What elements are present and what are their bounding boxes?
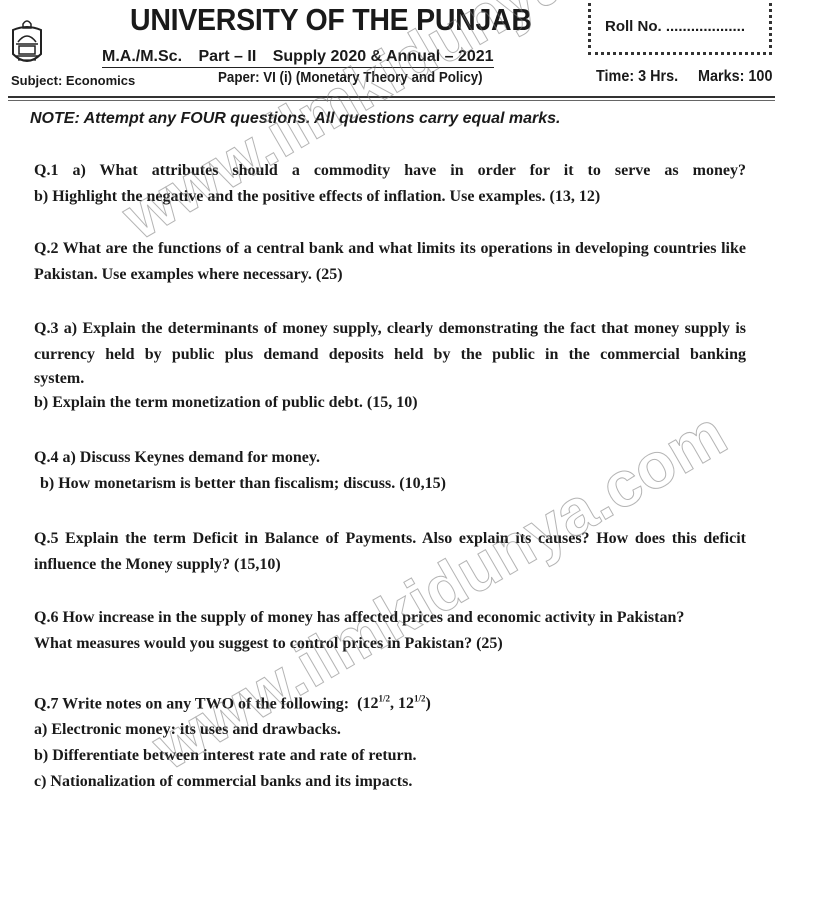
question-2: Q.2 What are the functions of a central … bbox=[34, 236, 746, 288]
question-line: c) Nationalization of commercial banks a… bbox=[34, 769, 746, 795]
time-allowed: Time: 3 Hrs. bbox=[596, 68, 678, 86]
question-1: Q.1 a) What attributes should a commodit… bbox=[34, 158, 746, 210]
roll-number-box[interactable]: Roll No. ................... bbox=[588, 0, 772, 55]
subject-label: Subject: Economics bbox=[11, 73, 135, 88]
question-line: b) How monetarism is better than fiscali… bbox=[34, 471, 746, 497]
question-heading-text: Q.7 Write notes on any TWO of the follow… bbox=[34, 695, 349, 712]
question-line: Q.4 a) Discuss Keynes demand for money. bbox=[34, 445, 746, 471]
question-line: Q.2 What are the functions of a central … bbox=[34, 236, 746, 262]
question-7: Q.7 Write notes on any TWO of the follow… bbox=[34, 686, 746, 795]
question-line: a) Electronic money: its uses and drawba… bbox=[34, 717, 746, 743]
question-line: Q.6 How increase in the supply of money … bbox=[34, 605, 746, 631]
question-line: What measures would you suggest to contr… bbox=[34, 631, 746, 657]
question-line: b) Explain the term monetization of publ… bbox=[34, 390, 746, 416]
question-3: Q.3 a) Explain the determinants of money… bbox=[34, 316, 746, 416]
question-6: Q.6 How increase in the supply of money … bbox=[34, 605, 746, 657]
question-line: Q.3 a) Explain the determinants of money… bbox=[34, 316, 746, 342]
header-divider bbox=[8, 96, 775, 98]
question-line: b) Highlight the negative and the positi… bbox=[34, 184, 746, 210]
question-5: Q.5 Explain the term Deficit in Balance … bbox=[34, 526, 746, 578]
question-4: Q.4 a) Discuss Keynes demand for money. … bbox=[34, 445, 746, 497]
part: Part – II bbox=[198, 48, 256, 65]
degree: M.A./M.Sc. bbox=[102, 48, 182, 65]
paper-label: Paper: VI (i) (Monetary Theory and Polic… bbox=[218, 70, 483, 86]
question-line: Pakistan. Use examples where necessary. … bbox=[34, 262, 746, 288]
question-line: b) Differentiate between interest rate a… bbox=[34, 743, 746, 769]
exam-subtitle: M.A./M.Sc. Part – II Supply 2020 & Annua… bbox=[102, 48, 494, 68]
university-title: UNIVERSITY OF THE PUNJAB bbox=[130, 2, 532, 38]
header-divider-thin bbox=[8, 100, 775, 101]
question-line: currency held by public plus demand depo… bbox=[34, 342, 746, 368]
instructions-note: NOTE: Attempt any FOUR questions. All qu… bbox=[30, 110, 560, 128]
total-marks: Marks: 100 bbox=[698, 68, 772, 86]
roll-number-label: Roll No. ................... bbox=[605, 18, 745, 35]
university-crest-icon bbox=[8, 18, 46, 68]
question-line: system. bbox=[34, 368, 746, 390]
question-line: Q.5 Explain the term Deficit in Balance … bbox=[34, 526, 746, 552]
question-line: influence the Money supply? (15,10) bbox=[34, 552, 746, 578]
question-marks: (121/2, 121/2) bbox=[357, 695, 431, 712]
question-heading: Q.7 Write notes on any TWO of the follow… bbox=[34, 686, 746, 717]
question-line: Q.1 a) What attributes should a commodit… bbox=[34, 158, 746, 184]
session: Supply 2020 & Annual – 2021 bbox=[273, 48, 494, 65]
